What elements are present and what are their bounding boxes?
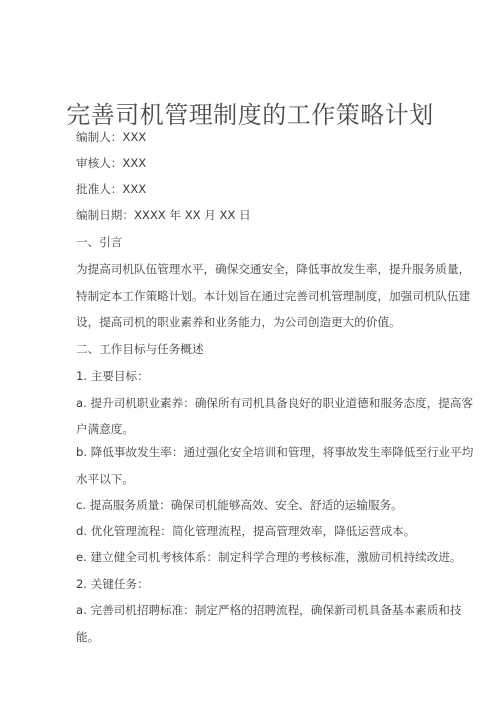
- document-title: 完善司机管理制度的工作策略计划: [0, 100, 500, 130]
- task-item-a-continued: 能。: [76, 629, 99, 645]
- goal-item-b-continued: 水平以下。: [76, 471, 134, 487]
- meta-approver: 批准人：XXX: [76, 181, 146, 197]
- goal-item-a-continued: 户满意度。: [76, 421, 134, 437]
- subsection-heading-key-tasks: 2. 关键任务：: [76, 576, 149, 592]
- subsection-heading-main-goals: 1. 主要目标：: [76, 368, 149, 384]
- goal-item-c: c. 提高服务质量：确保司机能够高效、安全、舒适的运输服务。: [76, 497, 403, 513]
- intro-paragraph-line: 特制定本工作策略计划。本计划旨在通过完善司机管理制度，加强司机队伍建: [76, 288, 470, 304]
- goal-item-e: e. 建立健全司机考核体系：制定科学合理的考核标准，激励司机持续改进。: [76, 549, 462, 565]
- intro-paragraph-line: 为提高司机队伍管理水平，确保交通安全，降低事故发生率，提升服务质量，: [76, 261, 470, 277]
- goal-item-b: b. 降低事故发生率：通过强化安全培训和管理，将事故发生率降低至行业平均: [76, 444, 473, 460]
- section-heading-goals: 二、工作目标与任务概述: [76, 341, 204, 357]
- document-page: 完善司机管理制度的工作策略计划 编制人：XXX 审核人：XXX 批准人：XXX …: [0, 0, 500, 707]
- intro-paragraph-line: 设，提高司机的职业素养和业务能力，为公司创造更大的价值。: [76, 314, 401, 330]
- meta-date: 编制日期：XXXX 年 XX 月 XX 日: [76, 207, 251, 223]
- task-item-a: a. 完善司机招聘标准：制定严格的招聘流程，确保新司机具备基本素质和技: [76, 602, 461, 618]
- goal-item-d: d. 优化管理流程：简化管理流程，提高管理效率，降低运营成本。: [76, 523, 415, 539]
- meta-reviewer: 审核人：XXX: [76, 155, 146, 171]
- goal-item-a: a. 提升司机职业素养：确保所有司机具备良好的职业道德和服务态度，提高客: [76, 395, 473, 411]
- meta-compiler: 编制人：XXX: [76, 129, 146, 145]
- section-heading-introduction: 一、引言: [76, 234, 122, 250]
